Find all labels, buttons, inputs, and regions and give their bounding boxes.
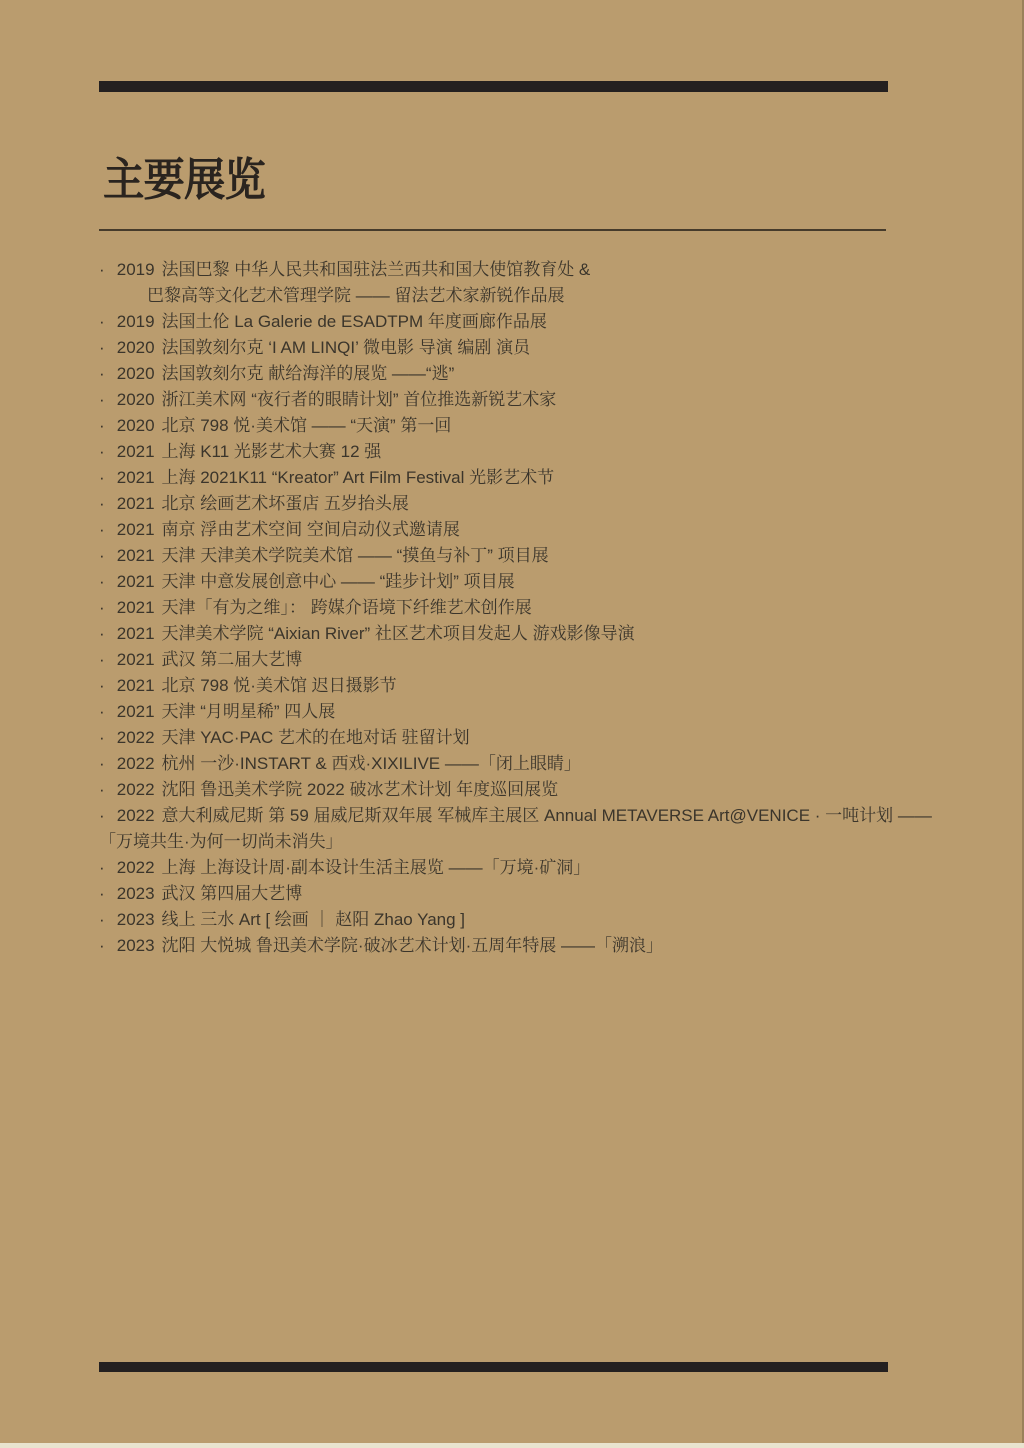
- entry-text: 南京 浮由艺术空间 空间启动仪式邀请展: [161, 520, 459, 539]
- exhibition-entry: · 2020 浙江美术网 “夜行者的眼睛计划” 首位推选新锐艺术家: [99, 387, 929, 413]
- entry-text: 沈阳 鲁迅美术学院 2022 破冰艺术计划 年度巡回展览: [161, 780, 558, 799]
- entry-text: 杭州 一沙·INSTART & 西戏·XIXILIVE ——「闭上眼睛」: [161, 754, 580, 773]
- exhibition-entry: · 2022 意大利威尼斯 第 59 届威尼斯双年展 军械库主展区 Annual…: [99, 803, 929, 829]
- bottom-divider-bar: [99, 1362, 888, 1372]
- entry-year: 2020: [117, 387, 157, 413]
- entry-year: 2019: [117, 257, 157, 283]
- entry-year: 2020: [117, 413, 157, 439]
- entry-year: 2021: [117, 517, 157, 543]
- entry-text: 北京 798 悦·美术馆 迟日摄影节: [161, 676, 396, 695]
- bullet-marker: ·: [99, 907, 112, 933]
- entry-text: 上海 K11 光影艺术大赛 12 强: [161, 442, 381, 461]
- exhibition-entry: · 2022 杭州 一沙·INSTART & 西戏·XIXILIVE ——「闭上…: [99, 751, 929, 777]
- entry-text: 天津「有为之维」： 跨媒介语境下纤维艺术创作展: [161, 598, 531, 617]
- bullet-marker: ·: [99, 569, 112, 595]
- entry-year: 2022: [117, 803, 157, 829]
- entry-text: 浙江美术网 “夜行者的眼睛计划” 首位推选新锐艺术家: [161, 390, 556, 409]
- bullet-marker: ·: [99, 543, 112, 569]
- bullet-marker: ·: [99, 621, 112, 647]
- exhibition-entry: · 2021 天津「有为之维」： 跨媒介语境下纤维艺术创作展: [99, 595, 929, 621]
- exhibition-entry: · 2021 天津美术学院 “Aixian River” 社区艺术项目发起人 游…: [99, 621, 929, 647]
- bullet-marker: ·: [99, 647, 112, 673]
- exhibition-entry: · 2020 北京 798 悦·美术馆 —— “天演” 第一回: [99, 413, 929, 439]
- bullet-marker: ·: [99, 257, 112, 283]
- entry-text: 法国敦刻尔克 ‘I AM LINQI’ 微电影 导演 编剧 演员: [161, 338, 530, 357]
- entry-year: 2021: [117, 491, 157, 517]
- exhibition-entry: · 2023 沈阳 大悦城 鲁迅美术学院·破冰艺术计划·五周年特展 ——「溯浪」: [99, 933, 929, 959]
- entry-year: 2023: [117, 881, 157, 907]
- bullet-marker: ·: [99, 361, 112, 387]
- entry-text: 天津 天津美术学院美术馆 —— “摸鱼与补丁” 项目展: [161, 546, 548, 565]
- entry-text: 武汉 第四届大艺博: [161, 884, 302, 903]
- entry-text: 法国土伦 La Galerie de ESADTPM 年度画廊作品展: [161, 312, 546, 331]
- exhibition-entry: · 2021 南京 浮由艺术空间 空间启动仪式邀请展: [99, 517, 929, 543]
- entry-year: 2023: [117, 907, 157, 933]
- entry-text: 线上 三水 Art [ 绘画 ｜ 赵阳 Zhao Yang ]: [161, 910, 465, 929]
- entry-text: 天津美术学院 “Aixian River” 社区艺术项目发起人 游戏影像导演: [161, 624, 634, 643]
- entry-year: 2021: [117, 647, 157, 673]
- bullet-marker: ·: [99, 413, 112, 439]
- exhibition-entry: · 2022 天津 YAC·PAC 艺术的在地对话 驻留计划: [99, 725, 929, 751]
- bullet-marker: ·: [99, 387, 112, 413]
- entry-year: 2021: [117, 543, 157, 569]
- bullet-marker: ·: [99, 855, 112, 881]
- bullet-marker: ·: [99, 439, 112, 465]
- exhibition-entry: · 2021 天津 “月明星稀” 四人展: [99, 699, 929, 725]
- entry-text: 法国敦刻尔克 献给海洋的展览 ——“逃”: [161, 364, 454, 383]
- exhibition-list: · 2019 法国巴黎 中华人民共和国驻法兰西共和国大使馆教育处 & 巴黎高等文…: [99, 257, 929, 959]
- exhibition-entry: · 2021 武汉 第二届大艺博: [99, 647, 929, 673]
- page-bottom-edge: [0, 1443, 1024, 1448]
- exhibition-entry: · 2021 上海 2021K11 “Kreator” Art Film Fes…: [99, 465, 929, 491]
- exhibition-entry: · 2021 天津 天津美术学院美术馆 —— “摸鱼与补丁” 项目展: [99, 543, 929, 569]
- bullet-marker: ·: [99, 803, 112, 829]
- entry-year: 2021: [117, 465, 157, 491]
- entry-year: 2022: [117, 855, 157, 881]
- bullet-marker: ·: [99, 751, 112, 777]
- entry-year: 2021: [117, 699, 157, 725]
- exhibition-entry: · 2022 上海 上海设计周·副本设计生活主展览 ——「万境·矿洞」: [99, 855, 929, 881]
- entry-year: 2020: [117, 361, 157, 387]
- exhibition-entry: · 2019 法国巴黎 中华人民共和国驻法兰西共和国大使馆教育处 &: [99, 257, 929, 283]
- bullet-marker: ·: [99, 881, 112, 907]
- entry-year: 2021: [117, 621, 157, 647]
- entry-year: 2021: [117, 439, 157, 465]
- exhibition-entry: · 2021 上海 K11 光影艺术大赛 12 强: [99, 439, 929, 465]
- entry-year: 2022: [117, 777, 157, 803]
- exhibition-entry: 巴黎高等文化艺术管理学院 —— 留法艺术家新锐作品展: [99, 283, 929, 309]
- entry-year: 2019: [117, 309, 157, 335]
- entry-year: 2020: [117, 335, 157, 361]
- entry-text: 北京 798 悦·美术馆 —— “天演” 第一回: [161, 416, 451, 435]
- entry-year: 2021: [117, 569, 157, 595]
- entry-year: 2021: [117, 673, 157, 699]
- entry-text: 法国巴黎 中华人民共和国驻法兰西共和国大使馆教育处 &: [161, 260, 590, 279]
- page-title: 主要展览: [103, 156, 265, 204]
- entry-year: 2022: [117, 751, 157, 777]
- bullet-marker: ·: [99, 335, 112, 361]
- entry-text: 巴黎高等文化艺术管理学院 —— 留法艺术家新锐作品展: [147, 286, 564, 305]
- exhibition-entry: 「万境共生·为何一切尚未消失」: [99, 829, 929, 855]
- exhibition-entry: · 2021 北京 798 悦·美术馆 迟日摄影节: [99, 673, 929, 699]
- exhibition-entry: · 2021 北京 绘画艺术坏蛋店 五岁抬头展: [99, 491, 929, 517]
- bullet-marker: ·: [99, 491, 112, 517]
- bullet-marker: ·: [99, 465, 112, 491]
- entry-text: 天津 中意发展创意中心 —— “跬步计划” 项目展: [161, 572, 514, 591]
- exhibition-entry: · 2023 武汉 第四届大艺博: [99, 881, 929, 907]
- bullet-marker: ·: [99, 933, 112, 959]
- exhibition-entry: · 2019 法国土伦 La Galerie de ESADTPM 年度画廊作品…: [99, 309, 929, 335]
- entry-text: 北京 绘画艺术坏蛋店 五岁抬头展: [161, 494, 408, 513]
- top-divider-bar: [99, 81, 888, 92]
- entry-year: 2021: [117, 595, 157, 621]
- entry-text: 武汉 第二届大艺博: [161, 650, 302, 669]
- bullet-marker: ·: [99, 777, 112, 803]
- exhibition-entry: · 2022 沈阳 鲁迅美术学院 2022 破冰艺术计划 年度巡回展览: [99, 777, 929, 803]
- entry-text: 上海 上海设计周·副本设计生活主展览 ——「万境·矿洞」: [161, 858, 590, 877]
- title-underline-rule: [99, 229, 886, 231]
- entry-year: 2022: [117, 725, 157, 751]
- entry-text: 沈阳 大悦城 鲁迅美术学院·破冰艺术计划·五周年特展 ——「溯浪」: [161, 936, 663, 955]
- entry-text: 「万境共生·为何一切尚未消失」: [99, 832, 343, 851]
- bullet-marker: ·: [99, 309, 112, 335]
- cv-page: 主要展览 · 2019 法国巴黎 中华人民共和国驻法兰西共和国大使馆教育处 & …: [0, 0, 1024, 1448]
- exhibition-entry: · 2023 线上 三水 Art [ 绘画 ｜ 赵阳 Zhao Yang ]: [99, 907, 929, 933]
- bullet-marker: ·: [99, 517, 112, 543]
- entry-text: 天津 “月明星稀” 四人展: [161, 702, 335, 721]
- bullet-marker: ·: [99, 725, 112, 751]
- bullet-marker: ·: [99, 595, 112, 621]
- exhibition-entry: · 2020 法国敦刻尔克 献给海洋的展览 ——“逃”: [99, 361, 929, 387]
- exhibition-entry: · 2020 法国敦刻尔克 ‘I AM LINQI’ 微电影 导演 编剧 演员: [99, 335, 929, 361]
- bullet-marker: ·: [99, 699, 112, 725]
- entry-text: 意大利威尼斯 第 59 届威尼斯双年展 军械库主展区 Annual METAVE…: [161, 806, 931, 825]
- entry-text: 上海 2021K11 “Kreator” Art Film Festival 光…: [161, 468, 554, 487]
- entry-year: 2023: [117, 933, 157, 959]
- entry-text: 天津 YAC·PAC 艺术的在地对话 驻留计划: [161, 728, 469, 747]
- exhibition-entry: · 2021 天津 中意发展创意中心 —— “跬步计划” 项目展: [99, 569, 929, 595]
- bullet-marker: ·: [99, 673, 112, 699]
